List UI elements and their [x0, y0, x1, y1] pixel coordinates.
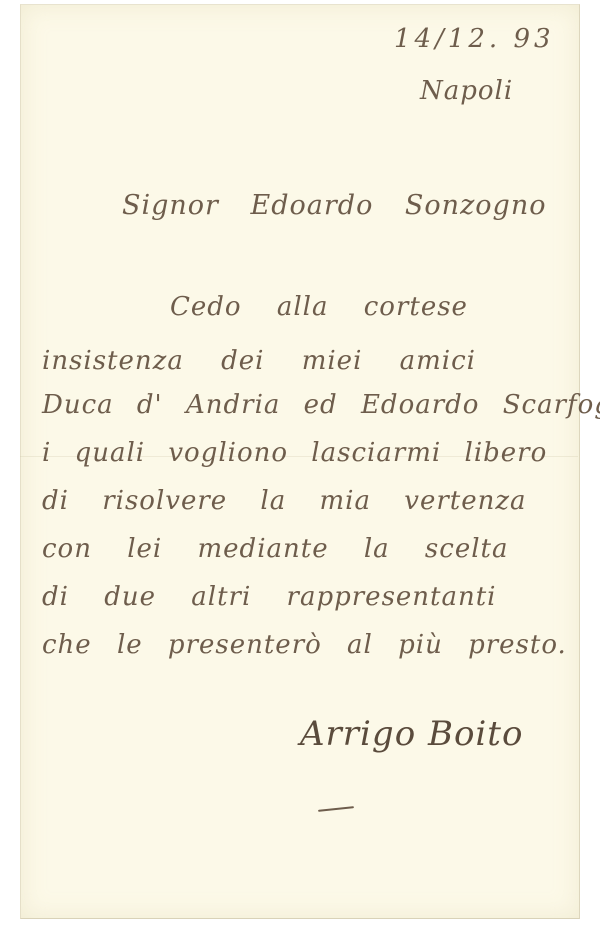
letter-body-line-5: di risolvere la mia vertenza: [42, 486, 527, 516]
letter-salutation: Signor Edoardo Sonzogno: [122, 190, 546, 221]
letter-body-line-8: che le presenterò al più presto.: [42, 630, 567, 660]
letter-body-line-3: Duca d' Andria ed Edoardo Scarfoglio: [42, 390, 600, 420]
letter-body-line-1: Cedo alla cortese: [170, 292, 468, 322]
letter-signature: Arrigo Boito: [300, 714, 523, 754]
letter-body-line-2: insistenza dei miei amici: [42, 346, 476, 376]
letter-body-line-6: con lei mediante la scelta: [42, 534, 509, 564]
letter-body-line-7: di due altri rappresentanti: [42, 582, 497, 612]
letter-body-line-4: i quali vogliono lasciarmi libero: [42, 438, 547, 468]
letter-date: 14/12. 93: [394, 24, 555, 54]
letter-place: Napoli: [420, 76, 513, 106]
